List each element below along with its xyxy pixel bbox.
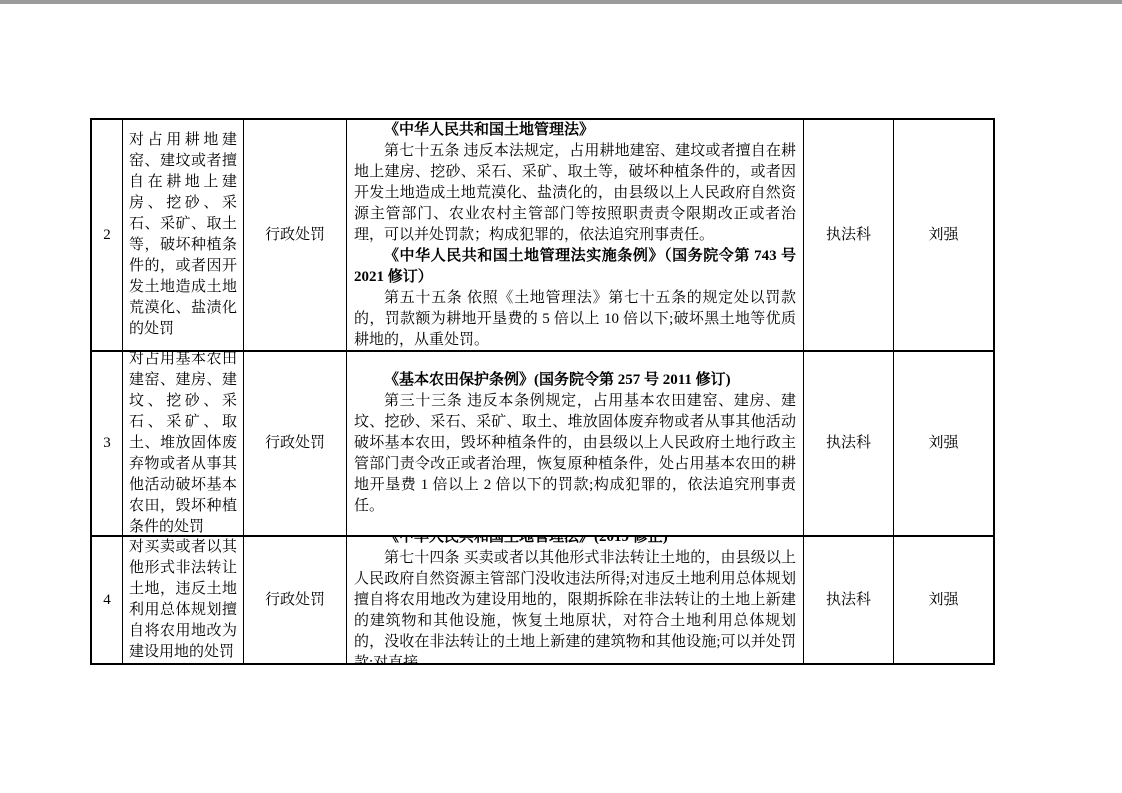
legal-basis-cell: 《中华人民共和国土地管理法》(2019 修正) 第七十四条 买卖或者以其他形式非… <box>347 537 804 663</box>
row-number: 2 <box>103 225 111 246</box>
responsible-person: 刘强 <box>928 225 958 246</box>
power-type-cell: 行政处罚 <box>244 352 347 535</box>
row-number: 3 <box>103 433 111 454</box>
penalty-table: 2 对占用耕地建窑、建坟或者擅自在耕地上建房、挖砂、采石、采矿、取土等，破坏种植… <box>90 118 995 665</box>
responsible-person-cell: 刘强 <box>894 120 993 350</box>
legal-heading: 《基本农田保护条例》(国务院令第 257 号 2011 修订) <box>354 370 796 391</box>
matter-name-cell: 对买卖或者以其他形式非法转让土地，违反土地利用总体规划擅自将农用地改为建设用地的… <box>123 537 244 663</box>
responsible-person: 刘强 <box>928 590 958 611</box>
legal-body: 第五十五条 依照《土地管理法》第七十五条的规定处以罚款的，罚款额为耕地开垦费的 … <box>354 288 796 351</box>
row-number: 4 <box>103 590 111 611</box>
table-row: 4 对买卖或者以其他形式非法转让土地，违反土地利用总体规划擅自将农用地改为建设用… <box>92 537 993 663</box>
row-number-cell: 4 <box>92 537 123 663</box>
matter-name-cell: 对占用耕地建窑、建坟或者擅自在耕地上建房、挖砂、采石、采矿、取土等，破坏种植条件… <box>123 120 244 350</box>
matter-name: 对占用耕地建窑、建坟或者擅自在耕地上建房、挖砂、采石、采矿、取土等，破坏种植条件… <box>129 130 237 340</box>
legal-body: 第三十三条 违反本条例规定，占用基本农田建窑、建房、建坟、挖砂、采石、采矿、取土… <box>354 391 796 517</box>
matter-name: 对买卖或者以其他形式非法转让土地，违反土地利用总体规划擅自将农用地改为建设用地的… <box>129 537 237 663</box>
department-cell: 执法科 <box>804 120 894 350</box>
row-number-cell: 3 <box>92 352 123 535</box>
power-type-cell: 行政处罚 <box>244 537 347 663</box>
legal-heading: 《中华人民共和国土地管理法》(2019 修正) <box>354 537 796 548</box>
legal-heading: 《中华人民共和国土地管理法实施条例》（国务院令第 743 号 2021 修订） <box>354 246 796 288</box>
document-page: 2 对占用耕地建窑、建坟或者擅自在耕地上建房、挖砂、采石、采矿、取土等，破坏种植… <box>0 0 1122 793</box>
power-type: 行政处罚 <box>265 590 325 611</box>
responsible-person: 刘强 <box>928 433 958 454</box>
table-row: 2 对占用耕地建窑、建坟或者擅自在耕地上建房、挖砂、采石、采矿、取土等，破坏种植… <box>92 120 993 352</box>
department-cell: 执法科 <box>804 352 894 535</box>
department: 执法科 <box>826 590 871 611</box>
responsible-person-cell: 刘强 <box>894 537 993 663</box>
power-type-cell: 行政处罚 <box>244 120 347 350</box>
legal-heading: 《中华人民共和国土地管理法》 <box>354 120 796 141</box>
department-cell: 执法科 <box>804 537 894 663</box>
department: 执法科 <box>826 225 871 246</box>
legal-body: 第七十四条 买卖或者以其他形式非法转让土地的，由县级以上人民政府自然资源主管部门… <box>354 548 796 664</box>
page-top-edge <box>0 0 1122 4</box>
table-row: 3 对占用基本农田建窑、建房、建坟、挖砂、采石、采矿、取土、堆放固体废弃物或者从… <box>92 352 993 537</box>
department: 执法科 <box>826 433 871 454</box>
legal-basis-cell: 《基本农田保护条例》(国务院令第 257 号 2011 修订) 第三十三条 违反… <box>347 352 804 535</box>
matter-name-cell: 对占用基本农田建窑、建房、建坟、挖砂、采石、采矿、取土、堆放固体废弃物或者从事其… <box>123 352 244 535</box>
legal-basis-cell: 《中华人民共和国土地管理法》 第七十五条 违反本法规定，占用耕地建窑、建坟或者擅… <box>347 120 804 350</box>
matter-name: 对占用基本农田建窑、建房、建坟、挖砂、采石、采矿、取土、堆放固体废弃物或者从事其… <box>129 352 237 535</box>
power-type: 行政处罚 <box>265 433 325 454</box>
row-number-cell: 2 <box>92 120 123 350</box>
power-type: 行政处罚 <box>265 225 325 246</box>
responsible-person-cell: 刘强 <box>894 352 993 535</box>
legal-body: 第七十五条 违反本法规定，占用耕地建窑、建坟或者擅自在耕地上建房、挖砂、采石、采… <box>354 141 796 246</box>
